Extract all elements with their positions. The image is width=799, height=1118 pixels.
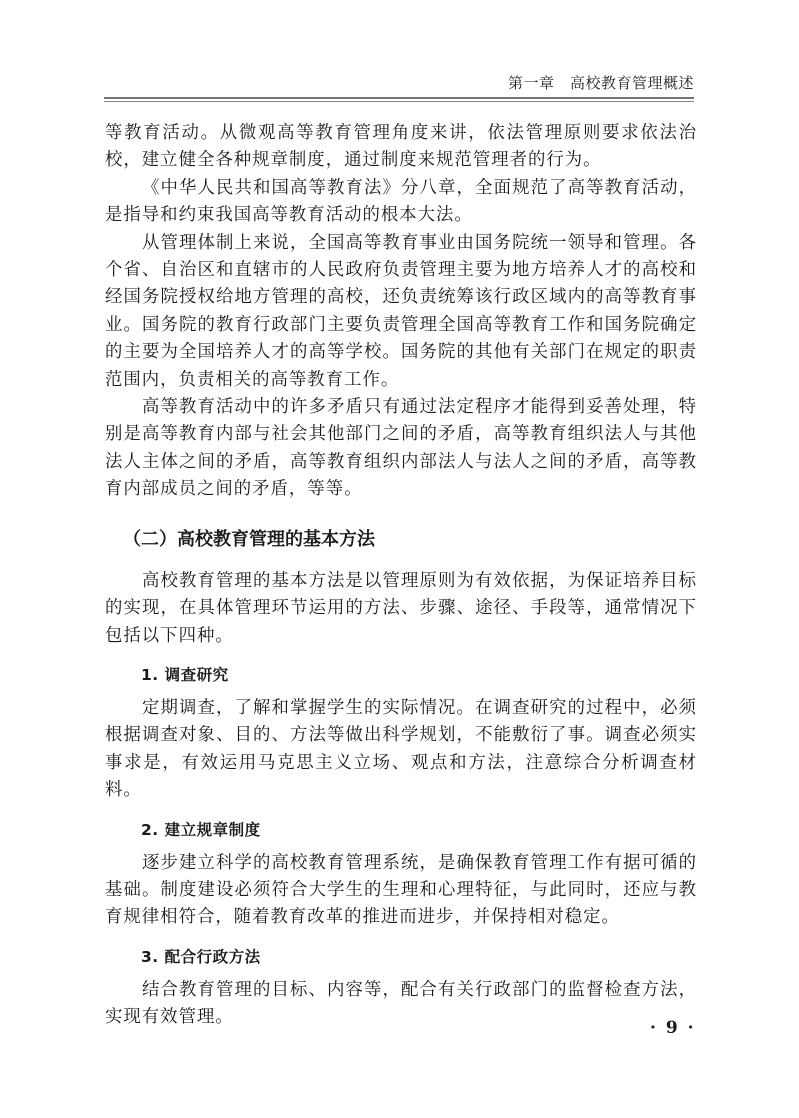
page-body: 等教育活动。从微观高等教育管理角度来讲，依法管理原则要求依法治校，建立健全各种规… — [105, 120, 697, 1032]
subsection-heading-administrative: 3. 配合行政方法 — [105, 945, 697, 969]
header-rule-thick — [104, 97, 694, 99]
page-number: · 9 · — [650, 1018, 696, 1038]
section-heading: （二）高校教育管理的基本方法 — [105, 526, 697, 554]
subsection-body-rules: 逐步建立科学的高校教育管理系统，是确保教育管理工作有据可循的基础。制度建设必须符… — [105, 850, 697, 932]
subsection-body-administrative: 结合教育管理的目标、内容等，配合有关行政部门的监督检查方法，实现有效管理。 — [105, 977, 697, 1032]
subsection-heading-research: 1. 调查研究 — [105, 663, 697, 687]
paragraph-contradictions: 高等教育活动中的许多矛盾只有通过法定程序才能得到妥善处理，特别是高等教育内部与社… — [105, 394, 697, 504]
paragraph-continuation: 等教育活动。从微观高等教育管理角度来讲，依法管理原则要求依法治校，建立健全各种规… — [105, 120, 697, 175]
subsection-heading-rules: 2. 建立规章制度 — [105, 818, 697, 842]
paragraph-management-system: 从管理体制上来说，全国高等教育事业由国务院统一领导和管理。各个省、自治区和直辖市… — [105, 230, 697, 394]
section-intro: 高校教育管理的基本方法是以管理原则为有效依据，为保证培养目标的实现，在具体管理环… — [105, 568, 697, 650]
running-header: 第一章 高校教育管理概述 — [104, 72, 694, 102]
subsection-body-research: 定期调查，了解和掌握学生的实际情况。在调查研究的过程中，必须根据调查对象、目的、… — [105, 695, 697, 805]
header-rule-thin — [104, 101, 694, 102]
paragraph-higher-education-law: 《中华人民共和国高等教育法》分八章，全面规范了高等教育活动，是指导和约束我国高等… — [105, 175, 697, 230]
chapter-title: 第一章 高校教育管理概述 — [508, 72, 694, 93]
